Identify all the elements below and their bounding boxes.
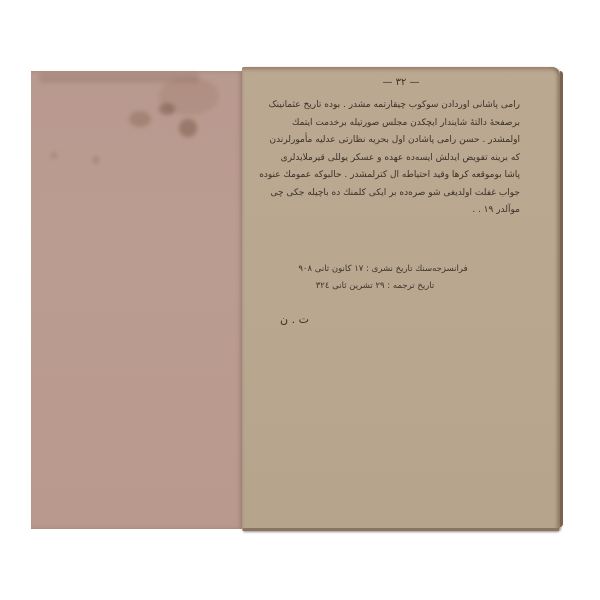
- body-line: برصفحهٔ دالتهٔ شایندار ایچکدن مجلس صورتی…: [256, 115, 520, 133]
- translator-initials: ت . ن: [280, 313, 309, 326]
- water-stain: [179, 119, 197, 137]
- body-line: جواب غفلت اولدیغی شو صره‌ده بر ایکی کلمن…: [256, 185, 520, 203]
- body-line: پاشا بوموقعه کرها وقید احتیاطه ال کترلمش…: [256, 167, 520, 185]
- book-spread: — ٣٢ — رامی پاشانی اوردادن سوکوب چیقارتم…: [0, 0, 600, 600]
- body-line: موآلدر ١٩ . .: [256, 202, 520, 220]
- translation-date-note: تاریخ ترجمه : ٢٩ تشرین ثانی ٣٢٤: [216, 281, 534, 291]
- body-line: رامی پاشانی اوردادن سوکوب چیقارتمه مشدر …: [256, 97, 520, 115]
- spot: [51, 153, 57, 158]
- body-line: كه برینه تفویض ایدلش ایسه‌ده عهده و عسکر…: [256, 150, 520, 168]
- water-stain: [159, 103, 175, 115]
- spot: [93, 157, 99, 163]
- page-number: — ٣٢ —: [242, 77, 560, 88]
- body-line: اولمشدر . حسن رامی پاشادن اول بحریه نظار…: [256, 132, 520, 150]
- printed-page: — ٣٢ — رامی پاشانی اوردادن سوکوب چیقارتم…: [242, 67, 560, 531]
- body-text: رامی پاشانی اوردادن سوکوب چیقارتمه مشدر …: [256, 97, 520, 220]
- publication-date-note: فرانسزجه‌سنك تاریخ نشری : ١٧ كانون ثانی …: [224, 264, 542, 274]
- left-endpaper: [31, 71, 243, 529]
- page-block-edge: [243, 528, 559, 531]
- water-stain: [129, 111, 151, 127]
